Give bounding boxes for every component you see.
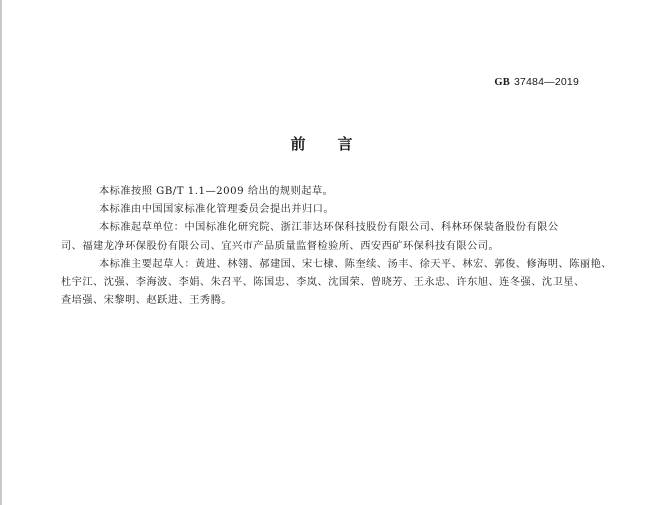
text-line: 司、福建龙净环保股份有限公司、宜兴市产品质量监督检验所、西安西矿环保科技有限公司… [61,238,609,256]
page-left-edge [0,0,2,505]
text-line: 本标准起草单位：中国标准化研究院、浙江菲达环保科技股份有限公司、科林环保装备股份… [79,219,609,237]
page-title: 前言 [0,133,647,154]
standard-prefix: GB [494,77,510,88]
standard-number-header: GB37484—2019 [494,76,579,88]
foreword-body: 本标准按照 GB/T 1.1—2009 给出的规则起草。 本标准由中国国家标准化… [79,183,609,310]
paragraph-drafting-units: 本标准起草单位：中国标准化研究院、浙江菲达环保科技股份有限公司、科林环保装备股份… [79,219,609,255]
text-line: 杜宇江、沈强、李海波、李娟、朱召平、陈国忠、李岚、沈国荣、曾晓芳、王永忠、许东旭… [61,274,609,292]
standard-number: 37484—2019 [514,76,579,88]
paragraph-main-drafters: 本标准主要起草人：黄进、林翎、郝建国、宋七棣、陈奎续、汤丰、徐天平、林宏、郭俊、… [79,256,609,311]
text-line: 本标准由中国国家标准化管理委员会提出并归口。 [79,201,609,219]
text-line: 查培强、宋黎明、赵跃进、王秀腾。 [61,292,609,310]
paragraph-proposer: 本标准由中国国家标准化管理委员会提出并归口。 [79,201,609,219]
text-line: 本标准主要起草人：黄进、林翎、郝建国、宋七棣、陈奎续、汤丰、徐天平、林宏、郭俊、… [79,256,609,274]
text-line: 本标准按照 GB/T 1.1—2009 给出的规则起草。 [79,183,609,201]
paragraph-drafting-rules: 本标准按照 GB/T 1.1—2009 给出的规则起草。 [79,183,609,201]
